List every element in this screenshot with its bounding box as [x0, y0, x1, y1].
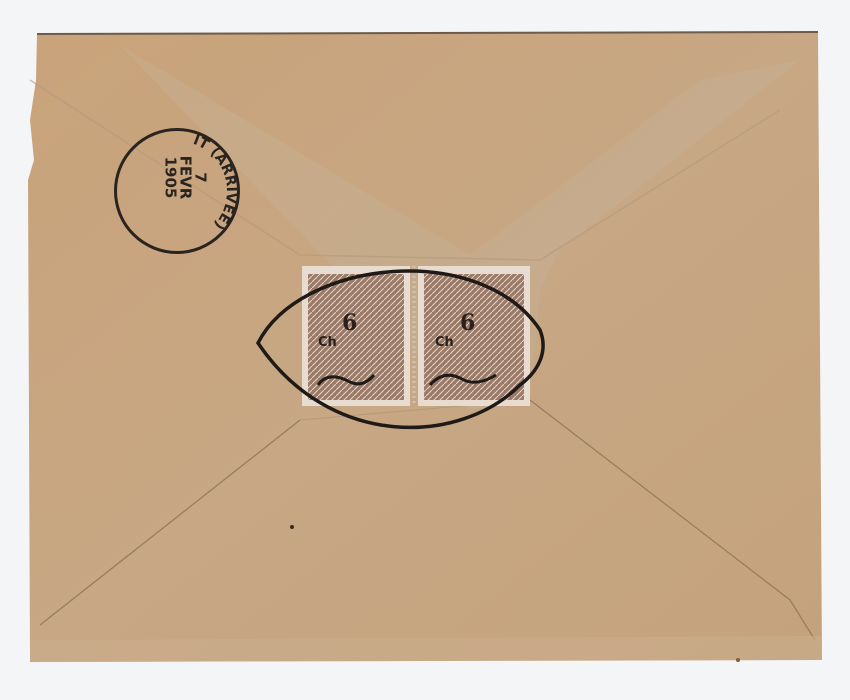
envelope-photo: 6 Ch 6 Ch: [0, 0, 850, 700]
svg-text:Ch: Ch: [318, 335, 337, 350]
svg-text:Ch: Ch: [435, 335, 454, 350]
svg-text:6: 6: [460, 310, 475, 336]
svg-text:6: 6: [342, 310, 357, 336]
postmark-date: 7 FEVR 1905: [163, 143, 208, 213]
